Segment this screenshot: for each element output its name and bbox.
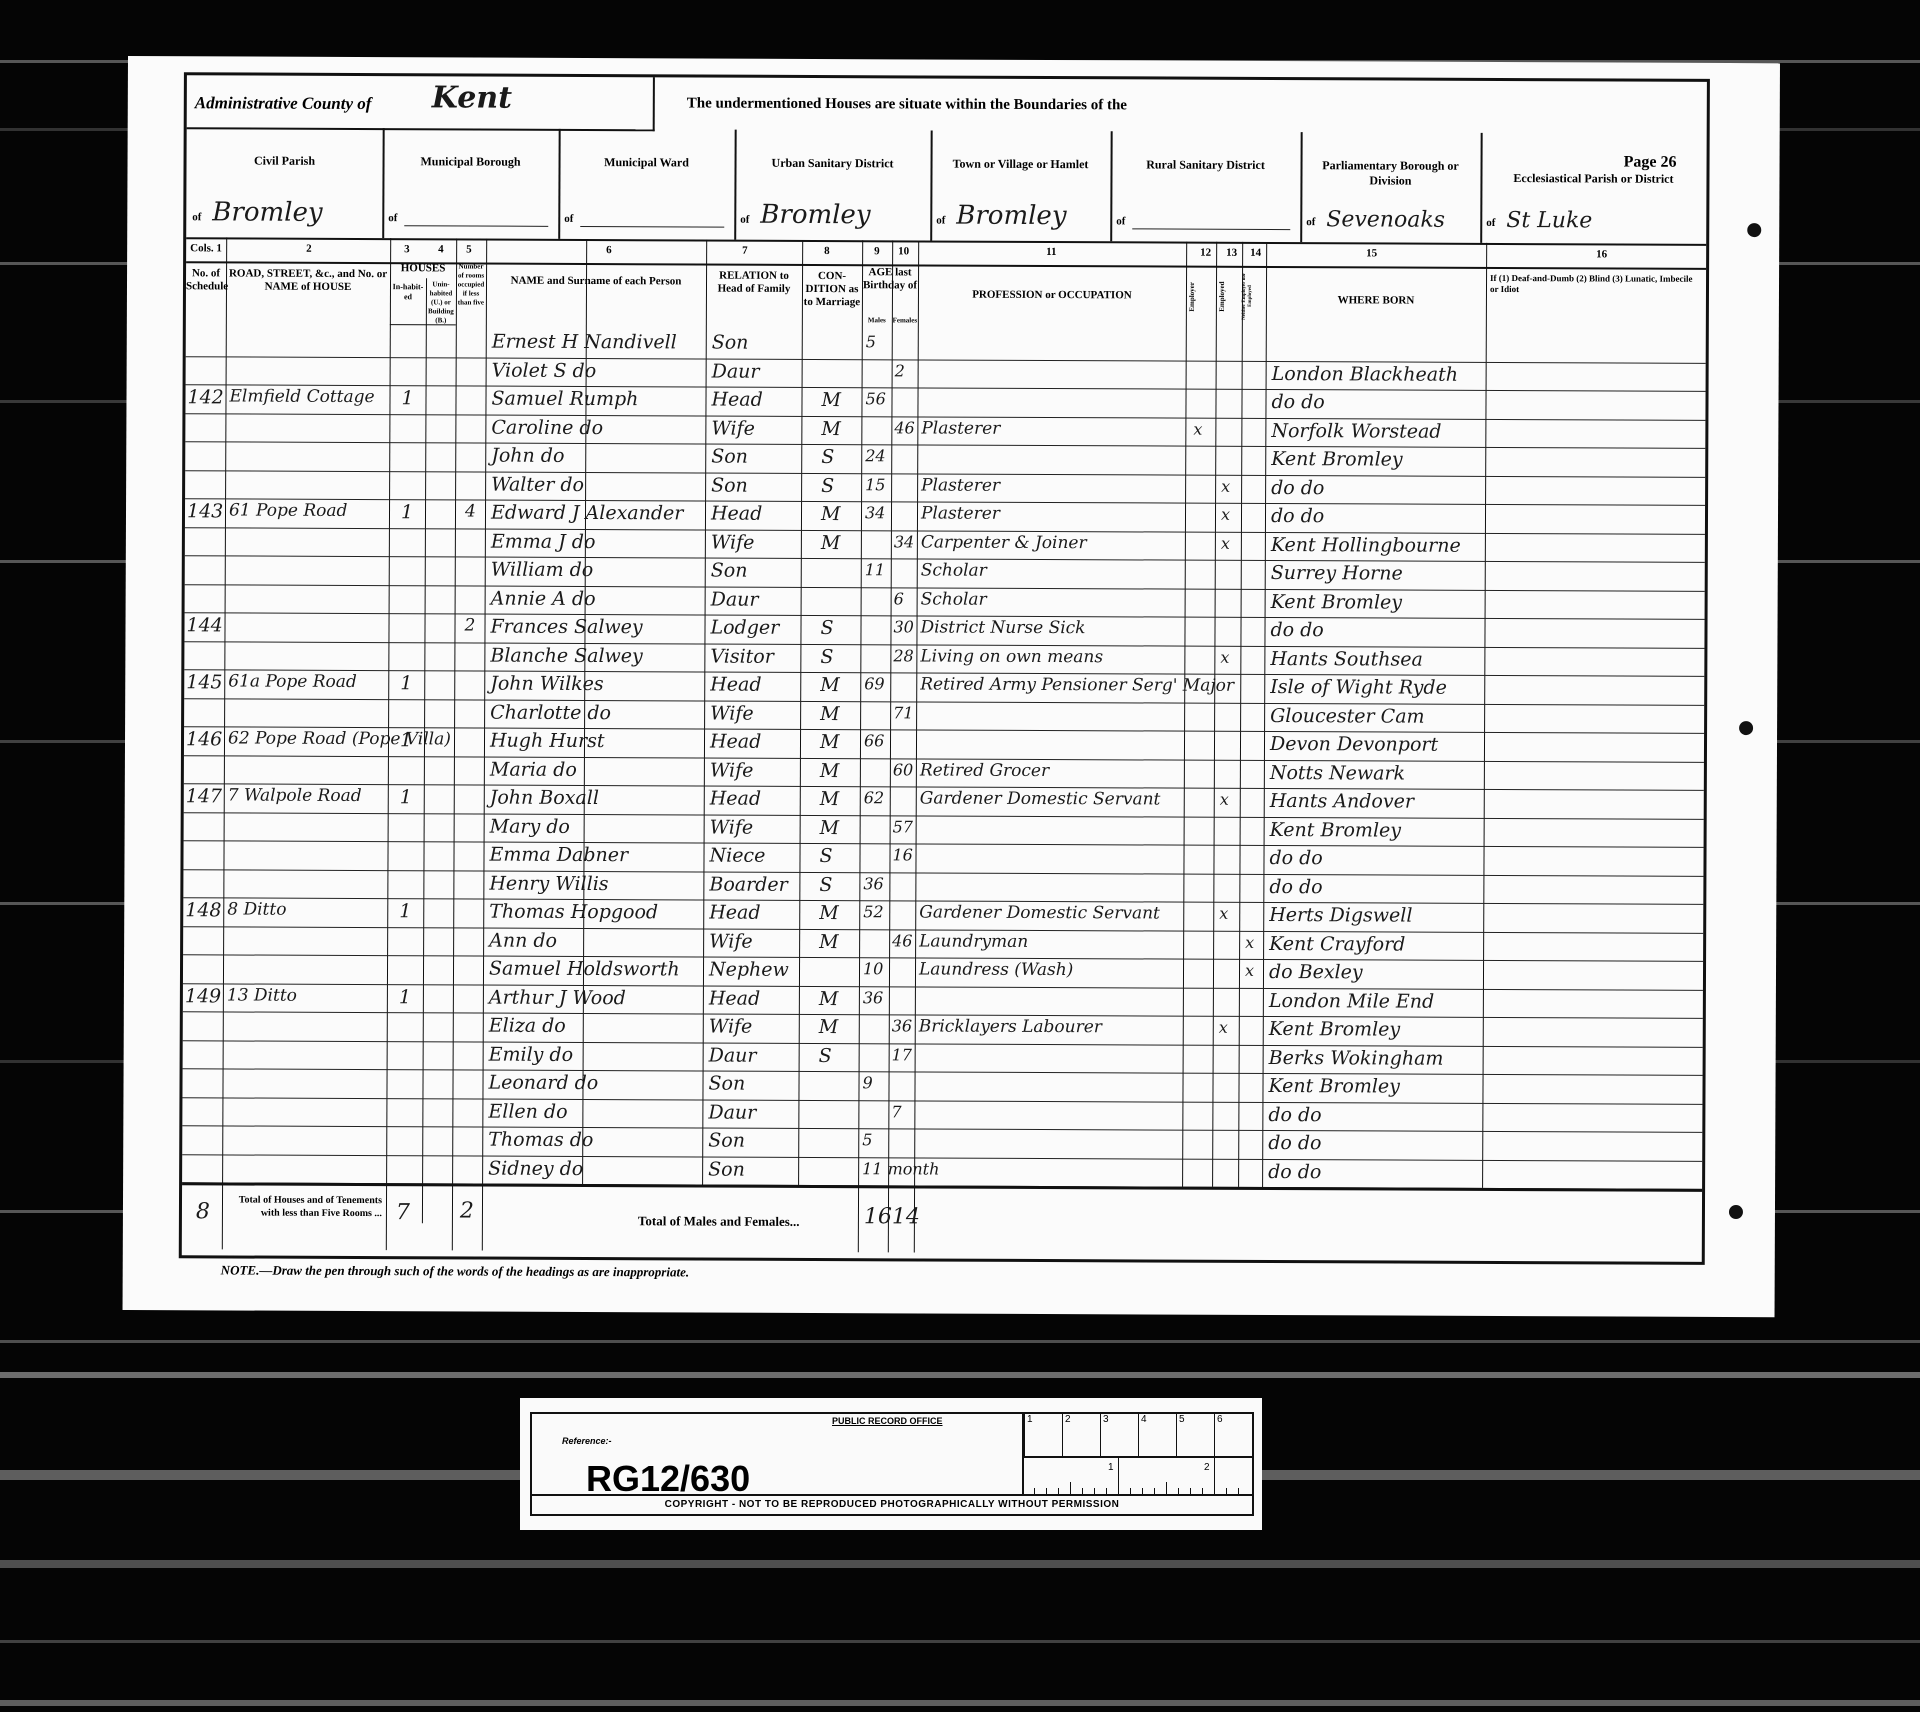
row-where-born: do do xyxy=(1269,847,1322,869)
row-relation: Daur xyxy=(711,588,759,610)
row-male-age: 11 month xyxy=(862,1159,939,1178)
header-title: The undermentioned Houses are situate wi… xyxy=(687,95,1127,114)
row-where-born: Kent Bromley xyxy=(1270,818,1402,841)
row-occupation: Retired Army Pensioner Serg' Major xyxy=(920,674,1234,695)
row-condition: S xyxy=(820,646,833,668)
row-where-born: Surrey Horne xyxy=(1271,562,1403,585)
ruler-tick: 6 xyxy=(1214,1414,1223,1456)
area-label: Municipal Ward xyxy=(559,155,735,171)
area-label: Town or Village or Hamlet xyxy=(931,157,1111,173)
row-female-age: 71 xyxy=(893,703,913,722)
row-where-born: do do xyxy=(1271,505,1324,527)
row-condition: M xyxy=(820,788,840,810)
colnum: 14 xyxy=(1250,247,1261,259)
row-where-born: Norfolk Worstead xyxy=(1271,419,1441,442)
row-where-born: Kent Bromley xyxy=(1271,448,1403,471)
header-employer: Employer xyxy=(1186,272,1216,322)
row-address: 7 Walpole Road xyxy=(228,785,362,806)
row-occupation: Laundryman xyxy=(919,931,1028,951)
row-name: Maria do xyxy=(490,758,577,780)
reference-label: Reference:- xyxy=(562,1436,612,1446)
colnum: 3 xyxy=(404,243,410,255)
row-name: Emma J do xyxy=(491,530,596,552)
colnum: 4 xyxy=(438,243,444,255)
row-schedule: 148 xyxy=(185,899,221,921)
row-relation: Head xyxy=(710,788,761,810)
row-schedule: 147 xyxy=(186,785,222,807)
punch-hole xyxy=(1739,721,1753,735)
row-name: Charlotte do xyxy=(490,701,611,724)
row-relation: Daur xyxy=(708,1101,756,1123)
area-value: Bromley xyxy=(212,197,322,227)
row-relation: Lodger xyxy=(710,617,779,639)
row-condition: S xyxy=(821,446,834,468)
row-relation: Nephew xyxy=(709,959,789,981)
colnum: 11 xyxy=(1046,246,1056,258)
colnum: Cols. 1 xyxy=(190,242,222,254)
ruler-top: 1 2 3 4 5 6 xyxy=(1024,1414,1254,1458)
row-relation: Son xyxy=(708,1130,745,1152)
of-label: of xyxy=(740,214,749,226)
row-relation: Son xyxy=(708,1073,745,1095)
colnum: 12 xyxy=(1200,247,1211,259)
of-label: of xyxy=(192,211,201,223)
row-where-born: do do xyxy=(1268,1160,1321,1182)
ruler-inch-label: 1 xyxy=(1108,1462,1114,1473)
total-inhabited: 7 xyxy=(396,1200,410,1225)
row-condition: M xyxy=(819,988,839,1010)
row-female-age: 46 xyxy=(892,931,912,950)
row-where-born: Devon Devonport xyxy=(1270,733,1438,756)
row-condition: M xyxy=(820,760,840,782)
row-male-age: 66 xyxy=(864,731,884,750)
area-label: Ecclesiastical Parish or District xyxy=(1480,171,1706,187)
row-inhabited: 1 xyxy=(401,387,413,409)
area-value: Sevenoaks xyxy=(1326,207,1445,233)
row-condition: M xyxy=(819,902,839,924)
row-occupation: Plasterer xyxy=(921,418,1000,438)
row-relation: Head xyxy=(711,389,762,411)
row-condition: S xyxy=(821,475,834,497)
census-page: Administrative County of Kent The underm… xyxy=(123,56,1780,1317)
row-employed: x xyxy=(1221,533,1230,552)
punch-hole xyxy=(1747,223,1761,237)
ruler-tick: 1 xyxy=(1024,1414,1033,1456)
total-persons-label: Total of Males and Females... xyxy=(638,1213,800,1230)
row-relation: Wife xyxy=(710,816,754,838)
row-condition: M xyxy=(820,731,840,753)
row-relation: Head xyxy=(710,731,761,753)
row-employed: x xyxy=(1220,790,1229,809)
row-relation: Son xyxy=(712,332,749,354)
row-name: Frances Salwey xyxy=(490,616,642,639)
header-employed: Employed xyxy=(1216,272,1242,322)
of-label: of xyxy=(1486,217,1495,229)
note-text: NOTE.—Draw the pen through such of the w… xyxy=(221,1262,690,1280)
row-occupation: Scholar xyxy=(921,589,987,609)
colnum: 15 xyxy=(1366,247,1377,259)
area-value: Bromley xyxy=(956,201,1066,231)
row-where-born: do do xyxy=(1271,391,1324,413)
row-inhabited: 1 xyxy=(399,986,411,1008)
row-where-born: do do xyxy=(1269,875,1322,897)
row-relation: Head xyxy=(709,902,760,924)
row-where-born: Kent Bromley xyxy=(1271,590,1403,613)
row-male-age: 24 xyxy=(865,446,885,465)
row-male-age: 5 xyxy=(866,332,876,351)
row-female-age: 30 xyxy=(893,617,913,636)
ruler-tick: 4 xyxy=(1138,1414,1147,1456)
row-name: Violet S do xyxy=(492,359,597,381)
punch-hole xyxy=(1729,1205,1743,1219)
row-name: John Wilkes xyxy=(490,673,604,695)
area-municipal-borough: Municipal Borough of xyxy=(382,128,560,239)
row-where-born: do do xyxy=(1268,1103,1321,1125)
row-female-age: 34 xyxy=(894,532,914,551)
row-condition: M xyxy=(819,1016,839,1038)
row-relation: Head xyxy=(709,987,760,1009)
colnum: 7 xyxy=(742,245,748,257)
row-where-born: do do xyxy=(1268,1132,1321,1154)
row-name: Caroline do xyxy=(491,416,603,438)
row-male-age: 9 xyxy=(862,1073,872,1092)
area-ecclesiastical: Ecclesiastical Parish or District of St … xyxy=(1480,133,1706,244)
row-schedule: 142 xyxy=(187,386,223,408)
total-houses-label: Total of Houses and of Tenements with le… xyxy=(226,1193,382,1220)
blank-line xyxy=(404,225,548,227)
row-where-born: Isle of Wight Ryde xyxy=(1270,676,1447,699)
area-urban-sanitary: Urban Sanitary District of Bromley xyxy=(734,130,932,241)
row-male-age: 11 xyxy=(865,560,885,579)
row-where-born: Kent Crayford xyxy=(1269,932,1405,955)
row-inhabited: 1 xyxy=(401,501,413,523)
header-relation: RELATION to Head of Family xyxy=(706,270,802,332)
row-address: Elmfield Cottage xyxy=(229,386,374,407)
row-name: Edward J Alexander xyxy=(491,502,683,525)
row-employed: x xyxy=(1219,904,1228,923)
row-occupation: Carpenter & Joiner xyxy=(921,532,1087,553)
total-males: 16 xyxy=(864,1204,892,1229)
row-schedule: 146 xyxy=(186,728,222,750)
row-female-age: 17 xyxy=(892,1045,912,1064)
row-female-age: 46 xyxy=(894,418,914,437)
row-where-born: do Bexley xyxy=(1269,961,1363,983)
row-name: William do xyxy=(491,559,594,581)
county-label: Administrative County of xyxy=(195,93,372,114)
colnum: 13 xyxy=(1226,247,1237,259)
row-where-born: Hants Southsea xyxy=(1270,647,1423,670)
area-label: Civil Parish xyxy=(187,153,383,169)
row-occupation: Scholar xyxy=(921,560,987,580)
area-town: Town or Village or Hamlet of Bromley xyxy=(930,131,1112,242)
row-name: John do xyxy=(491,445,564,467)
row-employed: x xyxy=(1221,476,1230,495)
row-where-born: Kent Bromley xyxy=(1269,1018,1401,1041)
row-name: Ellen do xyxy=(488,1100,567,1122)
area-rural-sanitary: Rural Sanitary District of xyxy=(1110,131,1302,242)
row-name: Mary do xyxy=(490,815,570,837)
of-label: of xyxy=(1306,216,1315,228)
row-employer: x xyxy=(1193,419,1202,438)
row-employed: x xyxy=(1221,505,1230,524)
row-occupation: Gardener Domestic Servant xyxy=(920,788,1161,809)
row-female-age: 2 xyxy=(895,361,905,380)
row-male-age: 36 xyxy=(863,988,883,1007)
row-inhabited: 1 xyxy=(400,672,412,694)
row-relation: Head xyxy=(710,674,761,696)
row-relation: Boarder xyxy=(709,873,787,895)
row-condition: S xyxy=(819,874,832,896)
row-occupation: Plasterer xyxy=(921,503,1000,523)
total-schedules: 8 xyxy=(196,1199,210,1224)
row-name: Emily do xyxy=(489,1043,574,1065)
row-relation: Son xyxy=(708,1158,745,1180)
row-name: Leonard do xyxy=(488,1072,598,1094)
row-address: 8 Ditto xyxy=(227,899,286,919)
row-where-born: Hants Andover xyxy=(1270,790,1414,813)
header-infirmity: If (1) Deaf-and-Dumb (2) Blind (3) Lunat… xyxy=(1490,273,1702,336)
ruler-tick: 3 xyxy=(1100,1414,1109,1456)
row-relation: Niece xyxy=(709,845,765,867)
colnum: 16 xyxy=(1596,248,1607,260)
row-where-born: London Mile End xyxy=(1269,989,1434,1012)
area-label: Rural Sanitary District xyxy=(1111,157,1301,173)
row-male-age: 62 xyxy=(864,788,884,807)
row-schedule: 143 xyxy=(187,500,223,522)
row-relation: Wife xyxy=(709,930,753,952)
row-where-born: London Blackheath xyxy=(1272,362,1458,385)
row-condition: S xyxy=(820,617,833,639)
row-female-age: 16 xyxy=(892,845,912,864)
row-female-age: 57 xyxy=(893,817,913,836)
row-inhabited: 1 xyxy=(400,786,412,808)
row-employed: x xyxy=(1219,1018,1228,1037)
scale-ruler: 1 2 3 4 5 6 1 2 xyxy=(1022,1414,1254,1496)
of-label: of xyxy=(936,215,945,227)
colnum: 6 xyxy=(606,244,612,256)
row-name: Annie A do xyxy=(491,587,596,609)
of-label: of xyxy=(388,212,397,224)
row-schedule: 145 xyxy=(186,671,222,693)
area-municipal-ward: Municipal Ward of xyxy=(558,129,736,240)
total-females: 14 xyxy=(892,1204,920,1229)
row-name: Ernest H Nandivell xyxy=(492,331,677,354)
row-name: Blanche Salwey xyxy=(490,644,643,667)
county-value: Kent xyxy=(432,80,512,115)
copyright-notice: COPYRIGHT - NOT TO BE REPRODUCED PHOTOGR… xyxy=(532,1494,1252,1514)
row-relation: Son xyxy=(711,446,748,468)
row-relation: Daur xyxy=(712,360,760,382)
row-female-age: 6 xyxy=(894,589,904,608)
row-female-age: 28 xyxy=(893,646,913,665)
row-inhabited: 1 xyxy=(400,729,412,751)
row-female-age: 36 xyxy=(892,1016,912,1035)
header-rooms: Number of rooms occupied if less than fi… xyxy=(456,262,486,324)
row-condition: M xyxy=(819,931,839,953)
area-civil-parish: Civil Parish of Bromley xyxy=(186,127,384,238)
row-condition: M xyxy=(820,703,840,725)
row-occupation: District Nurse Sick xyxy=(920,617,1085,638)
ruler-tick: 2 xyxy=(1062,1414,1071,1456)
row-rooms: 2 xyxy=(464,615,475,635)
colnum: 5 xyxy=(466,243,472,255)
row-name: Walter do xyxy=(491,473,584,495)
area-value: Bromley xyxy=(760,200,870,230)
row-relation: Wife xyxy=(709,1016,753,1038)
row-address: 13 Ditto xyxy=(227,985,297,1005)
row-relation: Visitor xyxy=(710,645,774,667)
row-where-born: Herts Digswell xyxy=(1269,904,1412,927)
row-male-age: 36 xyxy=(863,874,883,893)
row-where-born: Gloucester Cam xyxy=(1270,704,1425,727)
row-condition: M xyxy=(821,418,841,440)
row-condition: S xyxy=(819,1045,832,1067)
row-where-born: Notts Newark xyxy=(1270,761,1405,784)
row-male-age: 56 xyxy=(865,389,885,408)
total-rooms: 2 xyxy=(460,1198,474,1223)
colnum: 9 xyxy=(874,245,880,257)
ruler-inch-label: 2 xyxy=(1204,1462,1210,1473)
row-name: Emma Dabner xyxy=(489,844,628,867)
colnum: 10 xyxy=(898,245,909,257)
row-relation: Wife xyxy=(710,759,754,781)
row-name: Samuel Rumph xyxy=(491,388,638,411)
row-male-age: 15 xyxy=(865,475,885,494)
row-where-born: do do xyxy=(1270,619,1323,641)
row-name: Ann do xyxy=(489,929,557,951)
blank-line xyxy=(1132,228,1290,230)
row-condition: M xyxy=(821,532,841,554)
area-label: Municipal Borough xyxy=(383,154,559,170)
census-form: Administrative County of Kent The underm… xyxy=(179,72,1710,1265)
reference-card: PUBLIC RECORD OFFICE Reference:- RG12/63… xyxy=(520,1398,1262,1530)
row-schedule: 144 xyxy=(186,614,222,636)
row-schedule: 149 xyxy=(185,985,221,1007)
row-neither: x xyxy=(1245,932,1254,951)
of-label: of xyxy=(1116,215,1125,227)
row-address: 62 Pope Road (Pope Villa) xyxy=(228,728,451,749)
area-label: Parliamentary Borough or Division xyxy=(1300,158,1480,189)
row-neither: x xyxy=(1245,961,1254,980)
row-relation: Wife xyxy=(710,702,754,724)
ruler-tick: 5 xyxy=(1176,1414,1185,1456)
colnum: 8 xyxy=(824,245,830,257)
row-address: 61 Pope Road xyxy=(229,500,348,521)
row-condition: M xyxy=(820,674,840,696)
header-schedule: No. of Schedule xyxy=(186,267,226,329)
row-where-born: Berks Wokingham xyxy=(1269,1046,1444,1069)
row-where-born: Kent Hollingbourne xyxy=(1271,533,1461,556)
census-table: Cols. 1 2 3 4 5 6 7 8 9 10 11 12 13 14 1… xyxy=(182,237,1706,1262)
row-relation: Daur xyxy=(709,1044,757,1066)
row-female-age: 7 xyxy=(891,1102,901,1121)
row-occupation: Plasterer xyxy=(921,475,1000,495)
header-neither: Neither Employer nor Employed xyxy=(1242,268,1266,324)
row-name: Thomas Hopgood xyxy=(489,901,658,924)
row-occupation: Living on own means xyxy=(920,646,1103,667)
row-rooms: 4 xyxy=(465,501,476,521)
row-name: Henry Willis xyxy=(489,872,608,895)
row-occupation: Gardener Domestic Servant xyxy=(919,902,1160,923)
row-name: John Boxall xyxy=(490,787,599,809)
row-name: Thomas do xyxy=(488,1129,593,1151)
row-condition: M xyxy=(821,389,841,411)
row-occupation: Bricklayers Labourer xyxy=(919,1016,1102,1037)
row-address: 61a Pope Road xyxy=(228,671,357,692)
row-name: Sidney do xyxy=(488,1157,583,1179)
row-female-age: 60 xyxy=(893,760,913,779)
area-parliamentary: Parliamentary Borough or Division of Sev… xyxy=(1300,132,1482,243)
row-condition: S xyxy=(819,845,832,867)
row-name: Hugh Hurst xyxy=(490,730,605,752)
totals-row: 8 Total of Houses and of Tenements with … xyxy=(182,1182,1702,1262)
county-box: Administrative County of Kent xyxy=(187,75,655,131)
of-label: of xyxy=(564,213,573,225)
row-relation: Son xyxy=(711,474,748,496)
row-name: Eliza do xyxy=(489,1015,566,1037)
row-occupation: Laundress (Wash) xyxy=(919,959,1073,980)
row-where-born: Kent Bromley xyxy=(1268,1075,1400,1098)
row-relation: Son xyxy=(711,560,748,582)
row-where-born: do do xyxy=(1271,476,1324,498)
row-employed: x xyxy=(1220,647,1229,666)
row-male-age: 34 xyxy=(865,503,885,522)
row-relation: Head xyxy=(711,503,762,525)
row-name: Samuel Holdsworth xyxy=(489,958,680,981)
reference-frame: PUBLIC RECORD OFFICE Reference:- RG12/63… xyxy=(530,1412,1254,1516)
row-male-age: 52 xyxy=(863,902,883,921)
office-label: PUBLIC RECORD OFFICE xyxy=(832,1416,943,1426)
row-male-age: 69 xyxy=(864,674,884,693)
row-inhabited: 1 xyxy=(399,900,411,922)
blank-line xyxy=(580,226,724,228)
header-condition: CON-DITION as to Marriage xyxy=(802,270,862,332)
row-male-age: 5 xyxy=(862,1130,872,1149)
row-occupation: Retired Grocer xyxy=(920,760,1049,781)
row-relation: Wife xyxy=(711,417,755,439)
colnum: 2 xyxy=(306,243,312,255)
row-condition: M xyxy=(820,817,840,839)
row-name: Arthur J Wood xyxy=(489,986,626,1009)
row-male-age: 10 xyxy=(863,959,883,978)
area-label: Urban Sanitary District xyxy=(735,156,931,172)
header-road: ROAD, STREET, &c., and No. or NAME of HO… xyxy=(228,267,388,330)
area-value: St Luke xyxy=(1506,208,1592,233)
row-condition: M xyxy=(821,503,841,525)
row-relation: Wife xyxy=(711,531,755,553)
